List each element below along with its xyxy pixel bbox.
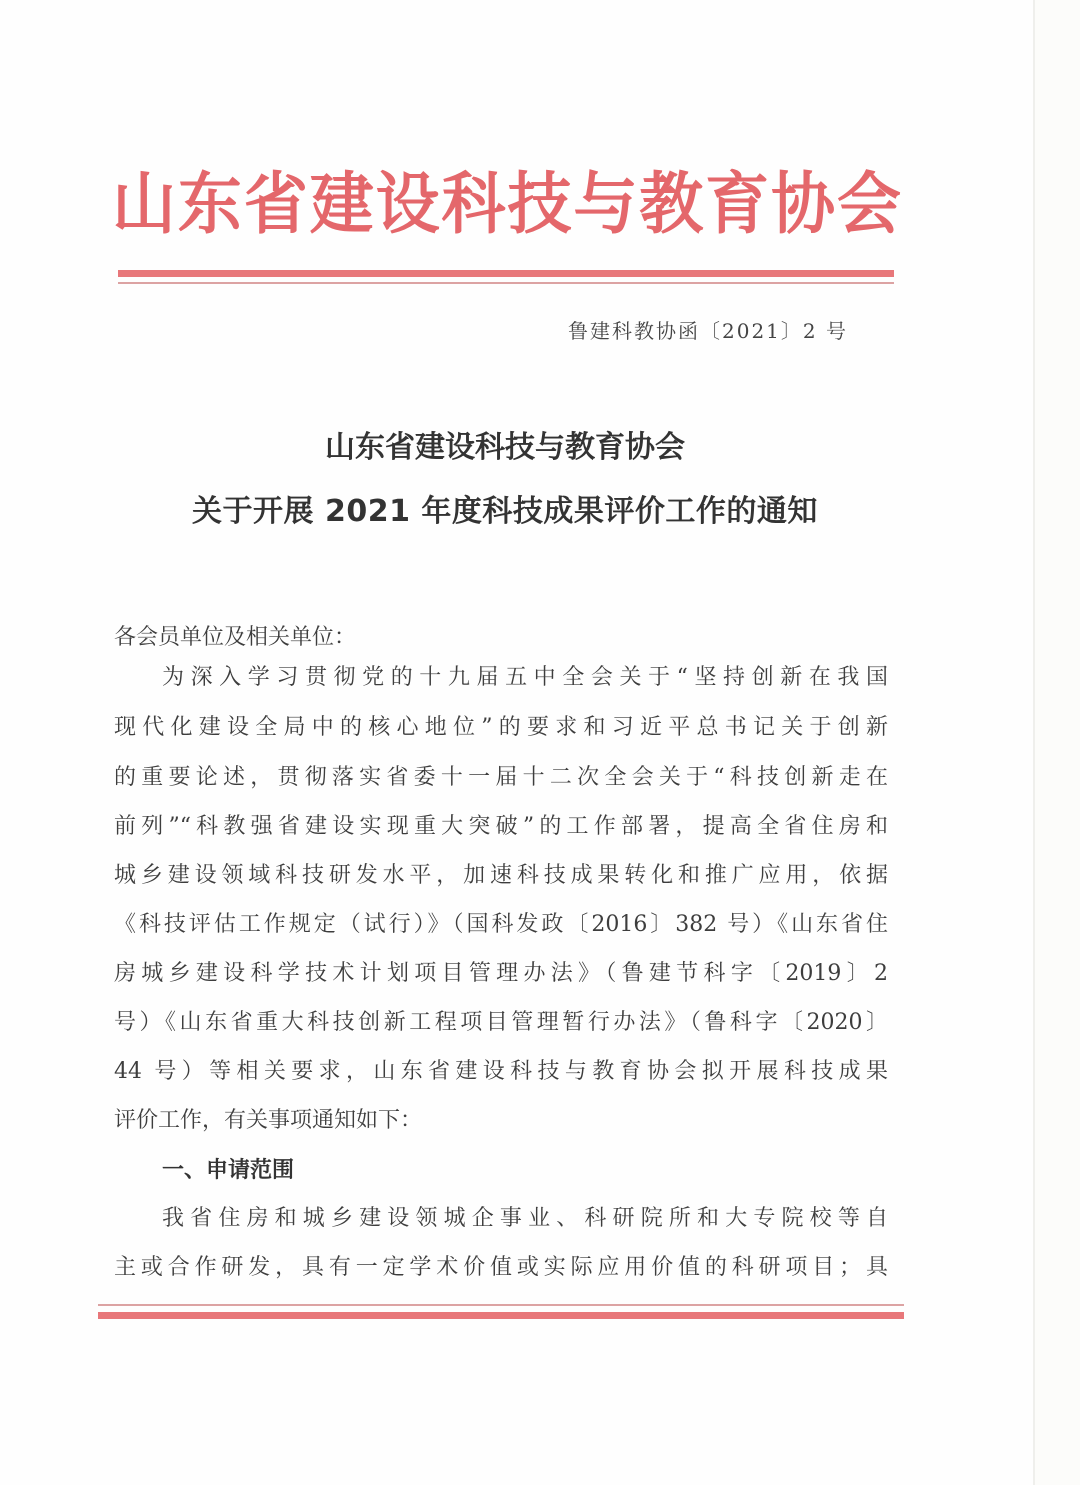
paragraph-line: 的重要论述，贯彻落实省委十一届十二次全会关于“科技创新走在 <box>114 763 888 793</box>
paragraph-line: 主或合作研发，具有一定学术价值或实际应用价值的科研项目；具 <box>114 1253 888 1283</box>
paragraph-line: 号）《山东省重大科技创新工程项目管理暂行办法》（鲁科字〔2020〕 <box>114 1008 888 1038</box>
paragraph-line: 我省住房和城乡建设领城企事业、科研院所和大专院校等自 <box>162 1204 888 1234</box>
salutation: 各会员单位及相关单位： <box>114 620 356 651</box>
masthead-rule-thin <box>118 282 894 284</box>
notice-title-line-2: 关于开展 2021 年度科技成果评价工作的通知 <box>5 486 1005 530</box>
paragraph-line: 现代化建设全局中的核心地位”的要求和习近平总书记关于创新 <box>114 713 888 743</box>
masthead-rule-thick <box>118 270 894 277</box>
document-page: 山东省建设科技与教育协会 鲁建科教协函〔2021〕2 号 山东省建设科技与教育协… <box>0 0 1080 1485</box>
section-heading-application-scope: 一、申请范围 <box>162 1153 294 1184</box>
paragraph-line: 《科技评估工作规定（试行）》（国科发政〔2016〕382 号）《山东省住 <box>114 910 888 940</box>
notice-title-line-1: 山东省建设科技与教育协会 <box>5 422 1005 466</box>
footer-rule-thin <box>98 1304 904 1306</box>
paragraph-line: 房城乡建设科学技术计划项目管理办法》（鲁建节科字〔2019〕2 <box>114 959 888 989</box>
footer-rule-thick <box>98 1312 904 1319</box>
paragraph-line: 评价工作，有关事项通知如下： <box>114 1106 888 1136</box>
masthead-organization-name: 山东省建设科技与教育协会 <box>112 158 902 253</box>
paragraph-line: 前列”“科教强省建设实现重大突破”的工作部署，提高全省住房和 <box>114 812 888 842</box>
paragraph-line: 为深入学习贯彻党的十九届五中全会关于“坚持创新在我国 <box>162 663 888 693</box>
scan-edge-shade <box>1035 0 1080 1485</box>
paragraph-line: 城乡建设领域科技研发水平，加速科技成果转化和推广应用，依据 <box>114 861 888 891</box>
paragraph-line: 44 号）等相关要求，山东省建设科技与教育协会拟开展科技成果 <box>114 1057 888 1087</box>
document-number: 鲁建科教协函〔2021〕2 号 <box>568 315 848 344</box>
